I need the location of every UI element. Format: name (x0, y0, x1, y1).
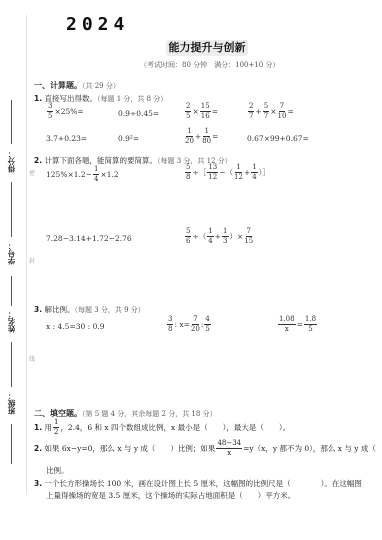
fraction: 1312 (207, 164, 218, 181)
expression-text: −（ (219, 167, 233, 178)
expression-text: = (287, 107, 293, 116)
fraction: 58 (185, 164, 191, 181)
expression-text: = (297, 320, 303, 329)
expression-text: 7.28−3.14+1.72−2.76 (46, 234, 132, 243)
q1-item-g: 120+180= (184, 128, 218, 145)
fraction: 14 (251, 164, 257, 181)
fraction: 35 (47, 103, 53, 120)
q2-item-b: 58÷［1312−（112+14）］ (184, 164, 270, 181)
expression-text: ×1.2 (100, 170, 118, 179)
fraction: 25 (185, 103, 191, 120)
score-line (11, 100, 12, 144)
expression-text: ）× (230, 231, 244, 242)
fraction: 1.85 (304, 316, 317, 333)
page-title: 能力提升与创新 (166, 40, 248, 56)
expression-text: + (215, 232, 221, 241)
q3-item-b: 38 : x=720 : 45 (166, 316, 212, 333)
seal-mark-feng: 封 (29, 256, 35, 265)
fraction: 1.08x (278, 316, 296, 333)
seal-mark-mi: 密 (29, 168, 35, 177)
score-label: 得分： (6, 150, 17, 173)
fraction: 710 (278, 103, 287, 120)
student-id-label: 学号： (6, 242, 17, 265)
fraction: 45 (204, 316, 210, 333)
fraction: 14 (93, 166, 99, 183)
expression-text: 3.7+0.23= (46, 134, 87, 143)
q1-item-a: 35×25%= (46, 103, 84, 120)
expression-text: + (255, 107, 261, 116)
name-label: 姓名： (6, 310, 17, 333)
fill-q2-line2: 比例。 (46, 465, 69, 476)
expression-text: 0.9÷0.45= (118, 109, 159, 118)
q3-item-c: 1.08x=1.85 (277, 316, 318, 333)
fraction: 56 (185, 228, 191, 245)
expression-text: ）］ (259, 167, 270, 178)
expression-text: + (195, 132, 201, 141)
expression-text: 0.9²= (118, 134, 139, 143)
expression-text: 0.67×99+0.67= (247, 134, 309, 143)
expression-text: ÷［ (192, 167, 206, 178)
fraction: 1516 (200, 103, 211, 120)
q3-title: 3. 解比例。（每题 3 分，共 9 分） (34, 304, 145, 315)
expression-text: + (244, 168, 250, 177)
section2-heading: 二、填空题。（第 5 题 4 分，其余每题 2 分，共 18 分） (34, 408, 217, 419)
class-line (11, 424, 12, 464)
q1-item-b: 0.9÷0.45= (118, 109, 159, 118)
expression-text: : (201, 320, 204, 329)
expression-text: 125%×1.2− (46, 170, 92, 179)
q1-item-f: 0.9²= (118, 134, 139, 143)
fraction: 57 (263, 103, 269, 120)
fraction: 14 (207, 228, 213, 245)
id-line (11, 182, 12, 237)
fraction: 720 (191, 316, 200, 333)
name-line-top (11, 276, 12, 306)
fraction: 112 (234, 164, 243, 181)
expression-text: ×25%= (54, 107, 83, 116)
q2-item-c: 7.28−3.14+1.72−2.76 (46, 234, 132, 243)
expression-text: × (270, 107, 276, 116)
q1-item-d: 27+57×710= (247, 103, 294, 120)
expression-text: × (192, 107, 198, 116)
seal-mark-xian: 线 (29, 354, 35, 363)
fraction: 120 (185, 128, 194, 145)
fill-q2-fraction: 48−34x (216, 440, 242, 457)
fraction: 715 (244, 228, 253, 245)
section1-heading: 一、计算题。（共 29 分） (34, 80, 120, 91)
fill-q1: 1. 用 12 ，2.4，6 和 x 四个数组成比例，x 最小是（ ），最大是（… (34, 419, 290, 436)
fraction: 38 (167, 316, 173, 333)
q1-item-e: 3.7+0.23= (46, 134, 87, 143)
name-line (11, 342, 12, 387)
fill-q3-line2: 上量得操场的宽是 3.5 厘米，这个操场的实际占地面积是（ ）平方米。 (46, 490, 295, 501)
exam-info: （考试时间：80 分钟 满分：100+10 分） (140, 60, 280, 70)
q2-item-d: 56÷（14+13）×715 (184, 228, 254, 245)
q3-item-a: x : 4.5=30 : 0.9 (46, 322, 105, 331)
fill-q3: 3. 一个长方形操场长 100 米，画在设计图上长 5 厘米，这幅图的比例尺是（… (34, 478, 362, 489)
year-label: 2024 (66, 14, 129, 35)
expression-text: = (212, 107, 218, 116)
fraction: 27 (248, 103, 254, 120)
expression-text: : x= (174, 320, 189, 329)
expression-text: ÷（ (192, 231, 206, 242)
fill-q1-fraction: 12 (53, 419, 59, 436)
q1-item-h: 0.67×99+0.67= (247, 134, 309, 143)
expression-text: x : 4.5=30 : 0.9 (46, 322, 105, 331)
class-label: 班级： (6, 392, 17, 415)
q1-item-c: 25×1516= (184, 103, 218, 120)
q2-item-a: 125%×1.2−14×1.2 (46, 166, 119, 183)
fraction: 180 (202, 128, 211, 145)
expression-text: = (212, 132, 218, 141)
fill-q2: 2. 如果 6x−y=0，那么 x 与 y 成（ ）比例；如果 48−34x =… (34, 440, 382, 457)
fraction: 13 (222, 228, 228, 245)
binding-line (26, 15, 27, 495)
